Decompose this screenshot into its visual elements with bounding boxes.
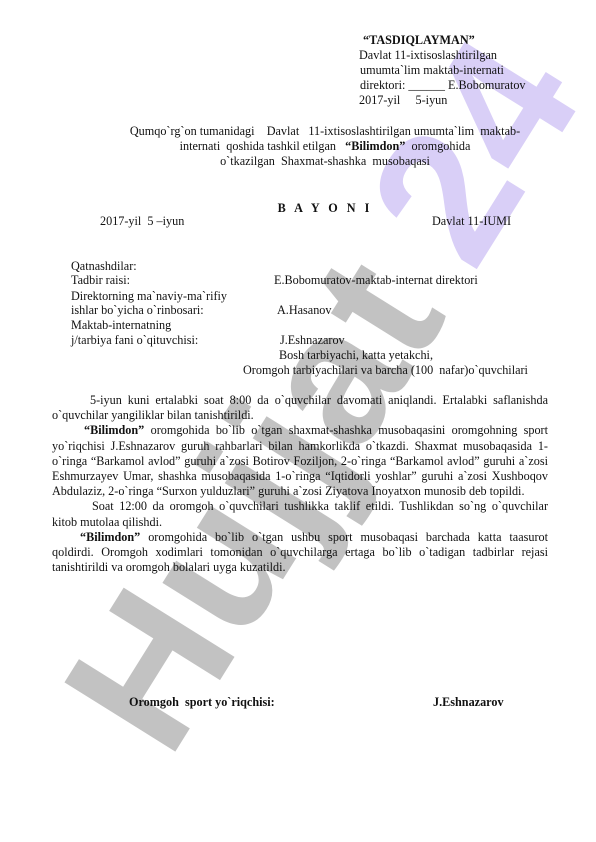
participant-role: ishlar bo`yicha o`rinbosari: [71, 303, 204, 317]
camp-name: “Bilimdon” [84, 423, 144, 437]
approval-line: umumta`lim maktab-internati [359, 63, 526, 78]
title-line-1: Qumqo`rg`on tumanidagi Davlat 11-ixtisos… [80, 124, 570, 139]
title-line-2: internati qoshida tashkil etilgan “Bilim… [80, 139, 570, 154]
participant-role: j/tarbiya fani o`qituvchisi: [71, 333, 198, 347]
participant-role: Direktorning ma`naviy-ma`rifiy [71, 289, 227, 303]
document-heading: B A Y O N I [0, 201, 596, 215]
document-place: Davlat 11-IUMI [432, 214, 511, 228]
title-text: oromgohida [405, 139, 470, 153]
approval-block: “TASDIQLAYMAN” Davlat 11-ixtisoslashtiri… [359, 33, 526, 108]
participant-name: J.Eshnazarov [280, 333, 345, 347]
participant-role: Tadbir raisi: [71, 273, 130, 287]
participant-role: Maktab-internatning [71, 318, 171, 332]
participants-label: Qatnashdilar: [71, 259, 137, 273]
signature-role: Oromgoh sport yo`riqchisi: [129, 695, 275, 709]
body-paragraph: Soat 12:00 da oromgoh o`quvchilari tushl… [52, 499, 548, 529]
camp-name: “Bilimdon” [345, 139, 405, 153]
document-title: Qumqo`rg`on tumanidagi Davlat 11-ixtisos… [80, 124, 570, 169]
approval-heading: “TASDIQLAYMAN” [359, 33, 526, 48]
participant-name: E.Bobomuratov-maktab-internat direktori [274, 273, 478, 287]
participants-extra: Bosh tarbiyachi, katta yetakchi, [279, 348, 433, 362]
signature-name: J.Eshnazarov [433, 695, 504, 709]
document-date: 2017-yil 5 –iyun [100, 214, 184, 228]
approval-line: direktori: ______ E.Bobomuratov [359, 78, 526, 93]
participant-name: A.Hasanov [277, 303, 332, 317]
title-line-3: o`tkazilgan Shaxmat-shashka musobaqasi [80, 154, 570, 169]
approval-date: 2017-yil 5-iyun [359, 93, 526, 108]
body-paragraph: “Bilimdon” oromgohida bo`lib o`tgan ushb… [52, 530, 548, 576]
participants-extra: Oromgoh tarbiyachilari va barcha (100 na… [243, 363, 528, 377]
body-paragraph: “Bilimdon” oromgohida bo`lib o`tgan shax… [52, 423, 548, 499]
document-body: 5-iyun kuni ertalabki soat 8:00 da o`quv… [52, 393, 548, 575]
document-page: “TASDIQLAYMAN” Davlat 11-ixtisoslashtiri… [0, 0, 596, 842]
approval-line: Davlat 11-ixtisoslashtirilgan [359, 48, 526, 63]
camp-name: “Bilimdon” [80, 530, 140, 544]
title-text: internati qoshida tashkil etilgan [180, 139, 346, 153]
body-paragraph: 5-iyun kuni ertalabki soat 8:00 da o`quv… [52, 393, 548, 423]
